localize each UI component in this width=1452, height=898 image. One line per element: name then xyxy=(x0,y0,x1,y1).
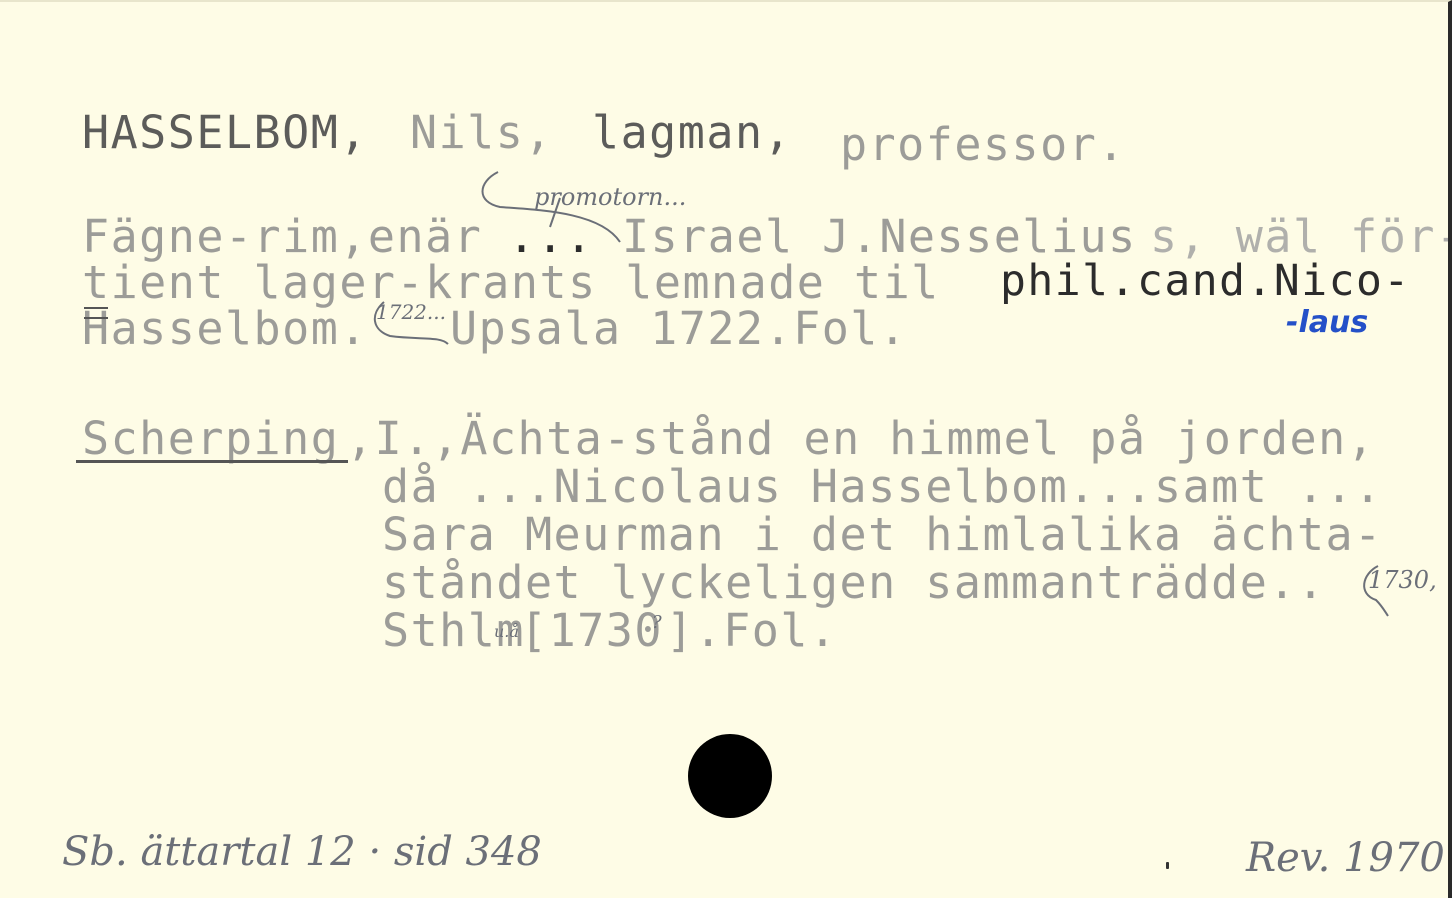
author-underline xyxy=(76,460,348,463)
footer-revision-note: Rev. 1970 xyxy=(1246,838,1445,878)
annotation-1730: 1730, xyxy=(1368,568,1437,592)
entry1-upsala-1722: Upsala 1722.Fol. xyxy=(450,306,907,351)
entry1-hasselbom: Hasselbom. xyxy=(82,306,368,351)
entry1-israel-nesselius: Israel J.Nesselius xyxy=(622,214,1137,259)
heading-occupation-lagman: lagman, xyxy=(592,110,792,155)
heading-surname: HASSELBOM, xyxy=(82,110,368,155)
entry1-wal-fortient: s, wäl för- xyxy=(1150,214,1452,259)
entry1-phil-cand: phil.cand.Nico- xyxy=(1000,260,1411,303)
entry1-line2-start: tient lager-krants lemnade til xyxy=(82,260,940,305)
heading-given-name: Nils, xyxy=(410,110,553,155)
annotation-ua: u.å xyxy=(494,624,519,640)
entry2-imprint-year: [1730 xyxy=(520,608,663,653)
annotation-laus-blue: -laus xyxy=(1286,308,1368,338)
punch-hole xyxy=(688,734,772,818)
annotation-1722: 1722... xyxy=(376,302,446,322)
ink-speck xyxy=(1166,862,1169,869)
entry2-title-line4: ståndet lyckeligen sammanträdde.. xyxy=(382,560,1326,605)
entry1-ellipsis: ... xyxy=(508,214,594,259)
heading-occupation-professor: professor. xyxy=(840,122,1126,167)
footer-source-note: Sb. ättartal 12 · sid 348 xyxy=(62,832,542,872)
annotation-promotorn: promotorn... xyxy=(534,185,686,209)
entry2-title-line3: Sara Meurman i det himlalika ächta- xyxy=(382,512,1383,557)
entry1-title-start: Fägne-rim,enär xyxy=(82,214,482,259)
entry2-author: Scherping xyxy=(82,416,339,461)
entry2-title-line2: då ...Nicolaus Hasselbom...samt ... xyxy=(382,464,1383,509)
catalog-card: HASSELBOM, Nils, lagman, professor. Fägn… xyxy=(0,0,1452,898)
annotation-question-mark: ? xyxy=(652,614,662,632)
entry2-imprint-format: ].Fol. xyxy=(666,608,838,653)
entry2-title-line1: ,I.,Ächta-stånd en himmel på jorden, xyxy=(346,416,1375,461)
